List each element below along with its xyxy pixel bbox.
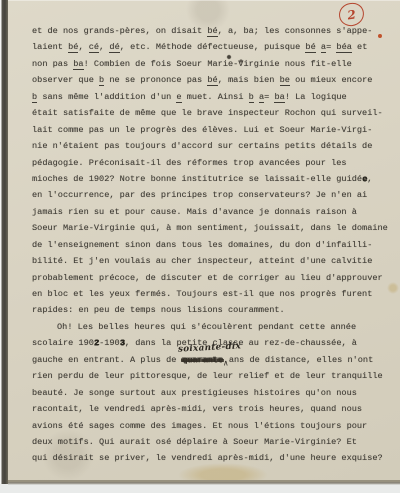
text-segment: , [78, 42, 88, 52]
underlined-text: bé [305, 42, 315, 53]
text-line: pédagogie. Préconisait-il des réformes t… [32, 155, 384, 171]
text-segment: de l'enseignement sinon dans tous les do… [32, 240, 372, 250]
text-segment: racontait, le vendredi après-midi, vers … [32, 404, 362, 414]
scan-edge-shadow [0, 0, 8, 484]
text-segment: ! La logique [285, 92, 347, 102]
text-line: qui désirait se priver, le vendredi aprè… [32, 450, 384, 466]
text-line: en bloc et les yeux fermés. Toujours est… [32, 286, 384, 302]
text-segment: jamais rien su et pour cause. Mais d'ava… [32, 207, 357, 217]
underlined-text: bé [207, 75, 217, 86]
text-line: en l'occurrence, par des principes trop … [32, 187, 384, 203]
text-line: Oh! Les belles heures qui s'écoulèrent p… [32, 319, 384, 335]
underlined-text: be [280, 75, 290, 86]
text-line: deux motifs. Qui aurait osé déplaire à S… [32, 434, 384, 450]
text-line: gauche en entrant. A plus de quarantesoi… [32, 352, 384, 368]
text-segment: gauche en entrant. A plus de [32, 355, 182, 365]
text-segment: , [99, 42, 109, 52]
text-segment: , a, ba; les consonnes s'appe- [218, 26, 373, 36]
text-segment: mioches de 1902? Notre bonne institutric… [32, 174, 362, 184]
text-segment: , mais bien [218, 75, 280, 85]
text-line: racontait, le vendredi après-midi, vers … [32, 401, 384, 417]
text-segment: avions été sages comme des images. Et no… [32, 421, 367, 431]
underlined-text: dé [109, 42, 119, 53]
text-segment: non pas [32, 59, 73, 69]
text-line: était satisfaite de même que le brave in… [32, 105, 384, 121]
text-segment: Oh! Les belles heures qui s'écoulèrent p… [57, 322, 356, 332]
handwritten-insertion: soixante-dix [177, 342, 241, 354]
typewritten-page: 2 et de nos grands-pères, on disait bé, … [8, 0, 400, 482]
text-segment: et [352, 42, 367, 52]
text-segment: nie n'étaient pas toujours d'accord sur … [32, 141, 372, 151]
text-segment: en l'occurrence, par des principes trop … [32, 190, 367, 200]
text-segment: laient [32, 42, 68, 52]
text-segment: muet. Ainsi [182, 92, 249, 102]
text-segment: rapides: en peu de temps nous lisions co… [32, 305, 285, 315]
text-line: rapides: en peu de temps nous lisions co… [32, 302, 384, 318]
text-line: et de nos grands-pères, on disait bé, a,… [32, 23, 384, 39]
text-line: beauté. Je songe surtout aux prestigieus… [32, 385, 384, 401]
text-segment: et de nos grands-pères, on disait [32, 26, 207, 36]
text-segment: -190 [99, 338, 120, 348]
text-segment: observer que [32, 75, 99, 85]
text-segment: sans même l'addition d'un [37, 92, 176, 102]
text-segment: = [326, 42, 336, 52]
text-segment: scolaire 190 [32, 338, 94, 348]
text-line: non pas ba! Combien de fois Soeur Marie-… [32, 56, 384, 72]
underlined-text: cé [89, 42, 99, 53]
text-line: rien perdu de leur pittoresque, de leur … [32, 368, 384, 384]
text-line: observer que b ne se prononce pas bé, ma… [32, 72, 384, 88]
text-segment: = [264, 92, 274, 102]
text-segment: bilité. Et j'en voulais au cher inspecte… [32, 256, 372, 266]
text-line: probablement précoce, de discuter et de … [32, 270, 384, 286]
text-segment: ou mieux encore [290, 75, 373, 85]
text-segment: ! Combien de fois Soeur Marie-Virginie n… [84, 59, 352, 69]
text-segment: , [367, 174, 372, 184]
text-segment: beauté. Je songe surtout aux prestigieus… [32, 388, 357, 398]
text-line: jamais rien su et pour cause. Mais d'ava… [32, 204, 384, 220]
caret-mark: ∧ [223, 356, 229, 372]
text-segment: ne se prononce pas [104, 75, 207, 85]
text-segment: , etc. Méthode défectueuse, puisque [120, 42, 306, 52]
text-segment: rien perdu de leur pittoresque, de leur … [32, 371, 383, 381]
text-line: nie n'étaient pas toujours d'accord sur … [32, 138, 384, 154]
text-segment: pédagogie. Préconisait-il des réformes t… [32, 158, 347, 168]
text-line: de l'enseignement sinon dans tous les do… [32, 237, 384, 253]
text-segment: probablement précoce, de discuter et de … [32, 273, 383, 283]
underlined-text: ba [274, 92, 284, 103]
text-line: mioches de 1902? Notre bonne institutric… [32, 171, 384, 187]
text-segment: deux motifs. Qui aurait osé déplaire à S… [32, 437, 357, 447]
text-segment: en bloc et les yeux fermés. Toujours est… [32, 289, 372, 299]
text-line: lait comme pas un le progrès des élèves.… [32, 122, 384, 138]
paper-bottom-edge [8, 482, 400, 493]
text-segment: était satisfaite de même que le brave in… [32, 108, 383, 118]
text-segment: qui désirait se priver, le vendredi aprè… [32, 453, 383, 463]
underlined-text: bé [207, 26, 217, 37]
text-line: laient bé, cé, dé, etc. Méthode défectue… [32, 39, 384, 55]
text-line: b sans même l'addition d'un e muet. Ains… [32, 89, 384, 105]
text-segment: lait comme pas un le progrès des élèves.… [32, 125, 372, 135]
text-line: Soeur Marie-Virginie qui, à mon sentimen… [32, 220, 384, 236]
underlined-text: béa [336, 42, 351, 53]
underlined-text: bé [68, 42, 78, 53]
text-line: bilité. Et j'en voulais au cher inspecte… [32, 253, 384, 269]
typed-text: et de nos grands-pères, on disait bé, a,… [32, 23, 384, 467]
text-line: avions été sages comme des images. Et no… [32, 418, 384, 434]
struck-out-word: quarantesoixante-dix [182, 355, 223, 365]
text-segment: ans de distance, elles n'ont [229, 355, 373, 365]
text-segment: Soeur Marie-Virginie qui, à mon sentimen… [32, 223, 388, 233]
underlined-text: ba [73, 59, 83, 70]
